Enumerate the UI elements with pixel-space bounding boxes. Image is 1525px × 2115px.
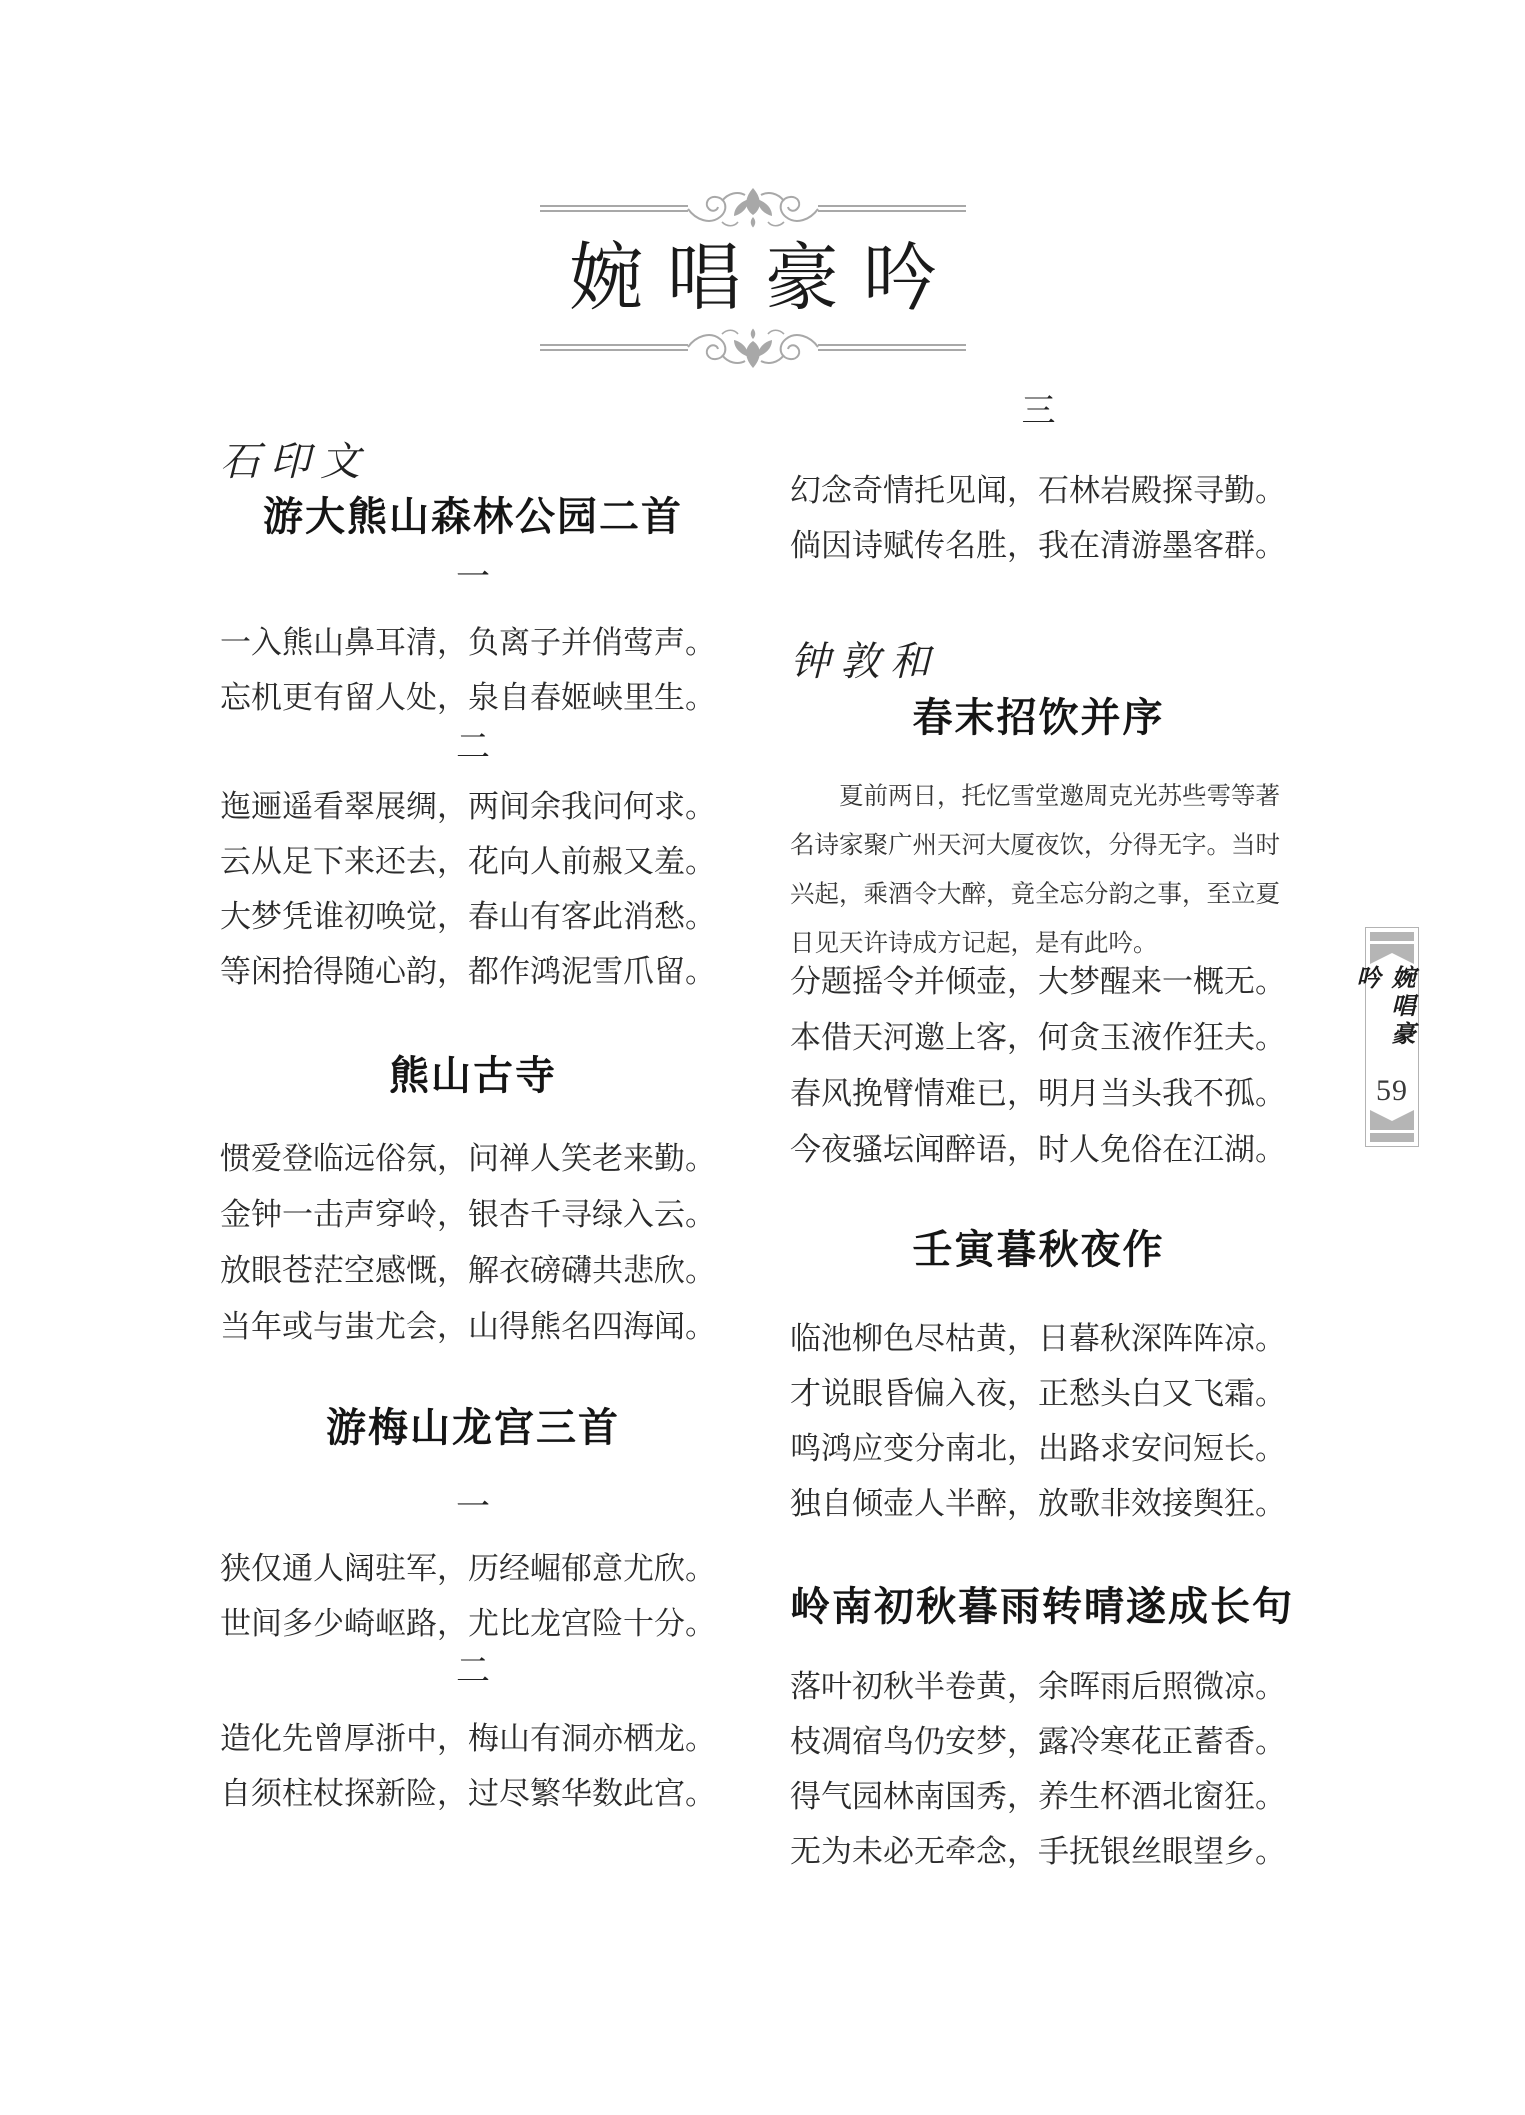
poem-line: 自须柱杖探新险，过尽繁华数此宫。 [220, 1763, 726, 1818]
poem-stanza: 落叶初秋半卷黄，余晖雨后照微凉。 枝凋宿鸟仍安梦，露冷寒花正蓄香。 得气园林南国… [790, 1656, 1287, 1876]
poem-line: 临池柳色尽枯黄，日暮秋深阵阵凉。 [790, 1308, 1287, 1363]
poem-line: 云从足下来还去，花向人前赧又羞。 [220, 831, 726, 886]
poem-line: 大梦凭谁初唤觉，春山有客此消愁。 [220, 886, 726, 941]
poem-stanza: 一入熊山鼻耳清，负离子并俏莺声。 忘机更有留人处，泉自春姬峡里生。 [220, 612, 726, 722]
left-column: 石印文 游大熊山森林公园二首 一 一入熊山鼻耳清，负离子并俏莺声。 忘机更有留人… [220, 0, 726, 2115]
poem-line: 等闲拾得随心韵，都作鸿泥雪爪留。 [220, 941, 726, 996]
part-number: 二 [220, 726, 726, 770]
poem-title: 熊山古寺 [220, 1052, 726, 1100]
poem-line: 世间多少崎岖路，尤比龙宫险十分。 [220, 1593, 726, 1648]
poem-preface: 夏前两日，托忆雪堂邀周克光苏些雩等著 名诗家聚广州天河大厦夜饮，分得无字。当时 … [790, 770, 1287, 966]
poem-stanza: 幻念奇情托见闻，石林岩殿探寻勤。 倘因诗赋传名胜，我在清游墨客群。 [790, 460, 1287, 570]
chapter-side-tab: 婉唱豪吟 59 [1365, 927, 1419, 1147]
poem-title: 游梅山龙宫三首 [220, 1404, 726, 1452]
tab-chapter-title: 婉唱豪吟 [1366, 965, 1418, 1075]
poem-line: 无为未必无牵念，手抚银丝眼望乡。 [790, 1821, 1287, 1876]
poem-line: 一入熊山鼻耳清，负离子并俏莺声。 [220, 612, 726, 667]
poem-line: 独自倾壶人半醉，放歌非效接舆狂。 [790, 1473, 1287, 1528]
poem-line: 得气园林南国秀，养生杯酒北窗狂。 [790, 1766, 1287, 1821]
poem-line: 倘因诗赋传名胜，我在清游墨客群。 [790, 515, 1287, 570]
poem-line: 才说眼昏偏入夜，正愁头白又飞霜。 [790, 1363, 1287, 1418]
preface-line: 名诗家聚广州天河大厦夜饮，分得无字。当时 [790, 819, 1287, 868]
poem-stanza: 迤逦遥看翠展绸，两间余我问何求。 云从足下来还去，花向人前赧又羞。 大梦凭谁初唤… [220, 776, 726, 996]
preface-line: 夏前两日，托忆雪堂邀周克光苏些雩等著 [790, 770, 1287, 819]
poem-line: 迤逦遥看翠展绸，两间余我问何求。 [220, 776, 726, 831]
book-page: 婉唱豪吟 石印文 游大熊山森林公园二首 一 一入熊山鼻耳清，负离子并俏莺声。 忘… [0, 0, 1525, 2115]
poem-stanza: 造化先曾厚浙中，梅山有洞亦栖龙。 自须柱杖探新险，过尽繁华数此宫。 [220, 1708, 726, 1818]
poem-line: 本借天河邀上客，何贪玉液作狂夫。 [790, 1006, 1287, 1062]
poem-title: 游大熊山森林公园二首 [220, 493, 726, 541]
part-number: 三 [790, 390, 1287, 434]
poem-line: 放眼苍茫空感慨，解衣磅礴共悲欣。 [220, 1239, 726, 1295]
poem-line: 造化先曾厚浙中，梅山有洞亦栖龙。 [220, 1708, 726, 1763]
poem-title: 壬寅暮秋夜作 [790, 1226, 1287, 1274]
part-number: 二 [220, 1650, 726, 1694]
poem-line: 今夜骚坛闻醉语，时人免俗在江湖。 [790, 1118, 1287, 1174]
poem-line: 惯爱登临远俗氛，问禅人笑老来勤。 [220, 1127, 726, 1183]
poem-stanza: 临池柳色尽枯黄，日暮秋深阵阵凉。 才说眼昏偏入夜，正愁头白又飞霜。 鸣鸿应变分南… [790, 1308, 1287, 1528]
tab-banner-top-icon [1370, 944, 1414, 964]
poem-line: 落叶初秋半卷黄，余晖雨后照微凉。 [790, 1656, 1287, 1711]
poem-stanza: 惯爱登临远俗氛，问禅人笑老来勤。 金钟一击声穿岭，银杏千寻绿入云。 放眼苍茫空感… [220, 1127, 726, 1351]
author-name: 钟敦和 [790, 630, 1287, 687]
poem-line: 当年或与蚩尤会，山得熊名四海闻。 [220, 1295, 726, 1351]
poem-stanza: 分题摇令并倾壶，大梦醒来一概无。 本借天河邀上客，何贪玉液作狂夫。 春风挽臂情难… [790, 950, 1287, 1174]
poem-line: 狭仅通人阔驻军，历经崛郁意尤欣。 [220, 1538, 726, 1593]
poem-line: 金钟一击声穿岭，银杏千寻绿入云。 [220, 1183, 726, 1239]
poem-line: 幻念奇情托见闻，石林岩殿探寻勤。 [790, 460, 1287, 515]
tab-bar-top [1370, 932, 1414, 941]
tab-bar-bottom [1370, 1133, 1414, 1142]
poem-line: 春风挽臂情难已，明月当头我不孤。 [790, 1062, 1287, 1118]
poem-line: 鸣鸿应变分南北，出路求安问短长。 [790, 1418, 1287, 1473]
page-number: 59 [1366, 1074, 1418, 1108]
tab-banner-bottom-icon [1370, 1110, 1414, 1130]
poem-title: 岭南初秋暮雨转晴遂成长句 [790, 1583, 1287, 1631]
poem-line: 枝凋宿鸟仍安梦，露冷寒花正蓄香。 [790, 1711, 1287, 1766]
poem-title: 春末招饮并序 [790, 694, 1287, 742]
right-column: 三 幻念奇情托见闻，石林岩殿探寻勤。 倘因诗赋传名胜，我在清游墨客群。 钟敦和 … [790, 0, 1287, 2115]
poem-stanza: 狭仅通人阔驻军，历经崛郁意尤欣。 世间多少崎岖路，尤比龙宫险十分。 [220, 1538, 726, 1648]
preface-line: 兴起，乘酒令大醉，竟全忘分韵之事，至立夏 [790, 868, 1287, 917]
poem-line: 分题摇令并倾壶，大梦醒来一概无。 [790, 950, 1287, 1006]
author-name: 石印文 [220, 430, 726, 487]
part-number: 一 [220, 556, 726, 600]
poem-line: 忘机更有留人处，泉自春姬峡里生。 [220, 667, 726, 722]
part-number: 一 [220, 1486, 726, 1530]
